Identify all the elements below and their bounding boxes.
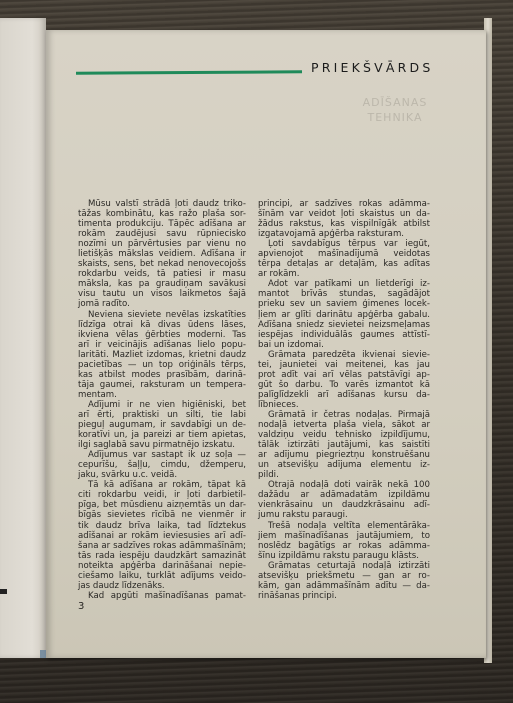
text-line: noslēdz bagātīgs ar rokas adāmma- <box>258 541 430 551</box>
text-line: šīnu izpildāmu rakstu paraugu klāsts. <box>258 551 430 561</box>
text-line: ar rokām. <box>258 269 430 279</box>
text-line: rokām zaudējusi savu rūpniecisko <box>78 229 246 239</box>
text-line: Tā kā adīšana ar rokām, tāpat kā <box>78 480 246 490</box>
text-line: jomā radīto. <box>78 299 246 309</box>
text-line: laritāti. Mazliet izdomas, krietni daudz <box>78 350 246 360</box>
text-line: timenta produkciju. Tāpēc adīšana ar <box>78 219 246 229</box>
text-line: rokdarbu veids, tā patiesi ir masu <box>78 269 246 279</box>
text-line: ļiem ar glīti darinātu apģērba gabalu. <box>258 310 430 320</box>
text-line: ilgi saglabā savu pirmatnējo izskatu. <box>78 440 246 450</box>
text-line: Adot var patīkami un lietderīgi iz- <box>258 279 430 289</box>
text-line: Ļoti savdabīgus tērpus var iegūt, <box>258 239 430 249</box>
text-column-left: Mūsu valstī strādā ļoti daudz triko-tāža… <box>78 199 246 601</box>
text-line: Kad apgūti mašīnadīšanas pamat- <box>78 591 246 601</box>
text-line: tāja gaumei, raksturam un tempera- <box>78 380 246 390</box>
text-line: Grāmatā ir četras nodaļas. Pirmajā <box>258 410 430 420</box>
text-line: pildi. <box>258 470 430 480</box>
text-line: žādus rakstus, kas vispilnīgāk atbilst <box>258 219 430 229</box>
text-line: mentam. <box>78 390 246 400</box>
text-line: ar adījumu piegrieztņu konstruēšanu <box>258 450 430 460</box>
text-line: prot adīt vai arī vēlas patstāvīgi ap- <box>258 370 430 380</box>
text-line: Otrajā nodaļā doti vairāk nekā 100 <box>258 480 430 490</box>
text-line: palīglīdzekli arī adīšanas kursu da- <box>258 390 430 400</box>
text-line: Adījumus var sastapt ik uz soļa — <box>78 450 246 460</box>
text-line: arī ērti, praktiski un silti, tie labi <box>78 410 246 420</box>
text-line: nodaļā ietverta plaša viela, sākot ar <box>258 420 430 430</box>
text-line: māksla, kas pa graudiņam savākusi <box>78 279 246 289</box>
text-line: līdzīga otrai kā divas ūdens lāses, <box>78 320 246 330</box>
show-through-line: ADĪŠANAS <box>340 95 450 110</box>
text-line: tāžas kombinātu, kas ražo plaša sor- <box>78 209 246 219</box>
text-line: lībnieces. <box>258 400 430 410</box>
text-line: kas atbilst modes prasībām, darinā- <box>78 370 246 380</box>
left-page-text-fragment <box>0 589 7 594</box>
text-line: iespējas individuālās gaumes attīstī- <box>258 330 430 340</box>
text-line: vienkrāsainu un daudzkrāsainu adī- <box>258 500 430 510</box>
text-line: Adījumi ir ne vien higiēniski, bet <box>78 400 246 410</box>
text-line: kām, gan adāmmašīnām adītu — da- <box>258 581 430 591</box>
text-line: valdziņu veidu tehnisko izpildījumu, <box>258 430 430 440</box>
text-line: nozīmi un pārvērtusies par vienu no <box>78 239 246 249</box>
text-line: visu tautu un visos laikmetos šajā <box>78 289 246 299</box>
text-line: rināšanas principi. <box>258 591 430 601</box>
text-line: apvienojot mašīnadījumā veidotas <box>258 249 430 259</box>
text-line: tei, jaunietei vai meitenei, kas jau <box>258 360 430 370</box>
text-line: prieku sev un saviem ģimenes locek- <box>258 299 430 309</box>
text-line: bīgās sievietes rīcībā ne vienmēr ir <box>78 510 246 520</box>
text-line: cepurīšu, šaļļu, cimdu, džemperu, <box>78 460 246 470</box>
section-heading: PRIEKŠVĀRDS <box>311 60 434 75</box>
text-line: tās rada iespēju daudzkārt samazināt <box>78 551 246 561</box>
text-line: pīga, bet mūsdienu aizņemtās un dar- <box>78 500 246 510</box>
text-line: adīšanai ar rokām ieviesusies arī adī- <box>78 531 246 541</box>
text-line: citi rokdarbu veidi, ir ļoti darbietil- <box>78 490 246 500</box>
text-line: noteikta apģērba darināšanai nepie- <box>78 561 246 571</box>
text-line: Grāmatas ceturtajā nodaļā iztirzāti <box>258 561 430 571</box>
text-line: un atsevišķu adījuma elementu iz- <box>258 460 430 470</box>
text-line: bai un izdomai. <box>258 340 430 350</box>
text-line: jas daudz līdzenāks. <box>78 581 246 591</box>
text-line: ikviena vēlas ģērbties moderni. Tas <box>78 330 246 340</box>
text-line: Grāmata paredzēta ikvienai sievie- <box>258 350 430 360</box>
text-line: tērpa detaļas ar detaļām, kas adītas <box>258 259 430 269</box>
text-line: Adīšana sniedz sievietei neizsmeļamas <box>258 320 430 330</box>
show-through-line: TEHNIKA <box>340 110 450 125</box>
page-number: 3 <box>78 601 84 612</box>
text-line: Neviena sieviete nevēlas izskatīties <box>78 310 246 320</box>
text-line: Mūsu valstī strādā ļoti daudz triko- <box>78 199 246 209</box>
text-line: skaists, sens, bet nekad nenovecojošs <box>78 259 246 269</box>
text-line: izgatavojamā apģērba raksturam. <box>258 229 430 239</box>
text-line: arī ir veicinājis adīšanas lielo popu- <box>78 340 246 350</box>
text-line: jiem mašīnadīšanas jautājumiem, to <box>258 531 430 541</box>
text-line: šana ar sadzīves rokas adāmmašīnām; <box>78 541 246 551</box>
text-line: jumu rakstu paraugi. <box>258 510 430 520</box>
left-page <box>0 18 46 658</box>
text-line: dažādu ar adāmadatām izpildāmu <box>258 490 430 500</box>
text-line: tik daudz brīva laika, tad līdztekus <box>78 521 246 531</box>
text-line: tālāk iztirzāti jautājumi, kas saistīti <box>258 440 430 450</box>
text-line: pacietības — un top oriģināls tērps, <box>78 360 246 370</box>
text-line: lietišķās mākslas veidiem. Adīšana ir <box>78 249 246 259</box>
text-line: ciešamo laiku, turklāt adījums veido- <box>78 571 246 581</box>
text-line: Trešā nodaļa veltīta elementārāka- <box>258 521 430 531</box>
text-line: jaku, svārku u.c. veidā. <box>78 470 246 480</box>
text-line: atsevišķu priekšmetu — gan ar ro- <box>258 571 430 581</box>
show-through-text: ADĪŠANAS TEHNIKA <box>340 95 450 125</box>
text-column-right: principi, ar sadzīves rokas adāmma-šīnām… <box>258 199 430 601</box>
text-line: pieguļ augumam, ir savdabīgi un de- <box>78 420 246 430</box>
text-line: principi, ar sadzīves rokas adāmma- <box>258 199 430 209</box>
text-line: šīnām var veidot ļoti skaistus un da- <box>258 209 430 219</box>
text-line: gūt šo darbu. To varēs izmantot kā <box>258 380 430 390</box>
text-line: mantot brīvās stundas, sagādājot <box>258 289 430 299</box>
text-line: koratīvi un, ja pareizi ar tiem apietas, <box>78 430 246 440</box>
